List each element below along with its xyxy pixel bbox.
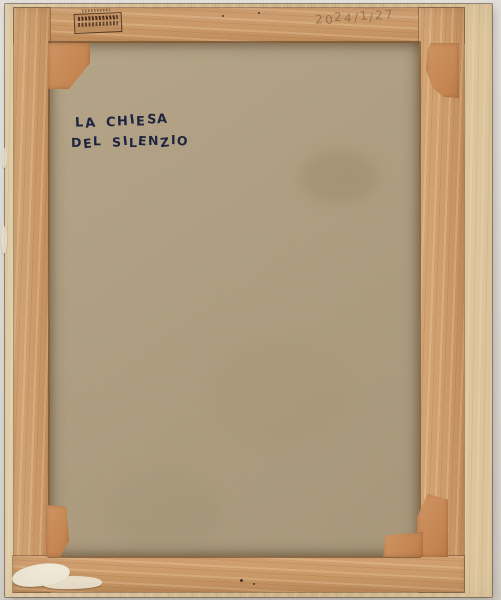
stamp-text-row-illegible bbox=[78, 21, 118, 27]
wood-speck bbox=[258, 12, 260, 14]
frame-edge-chip bbox=[1, 226, 7, 254]
wood-speck bbox=[253, 583, 255, 585]
canvas-stain bbox=[210, 343, 350, 443]
inscription-line-2: DEL SILENZIO bbox=[71, 133, 190, 150]
canvas-stain bbox=[300, 151, 378, 203]
stretcher-bar-left bbox=[14, 8, 50, 592]
stamp-text-row-illegible bbox=[78, 15, 118, 21]
canvas-stain bbox=[110, 473, 220, 553]
wood-speck bbox=[240, 579, 243, 582]
wood-speck bbox=[222, 15, 224, 17]
corner-brace-bottom-right-horizontal bbox=[383, 532, 423, 557]
manufacturer-stamp bbox=[74, 12, 123, 34]
frame-edge-chip bbox=[2, 148, 7, 168]
photo-backdrop: 2024/1/27 LA CHIESA DEL SILENZIO bbox=[0, 0, 501, 600]
